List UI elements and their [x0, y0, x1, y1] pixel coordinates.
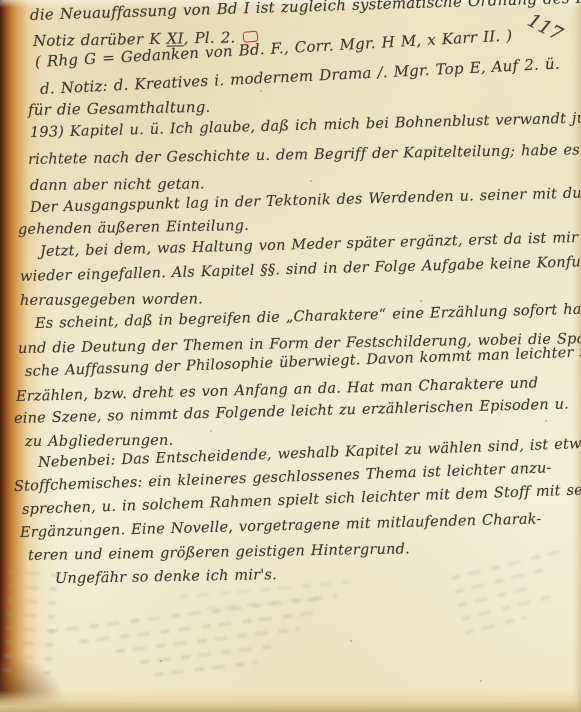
manuscript-line: die Neuauffassung von Bd I ist zugleich … [30, 0, 581, 24]
manuscript-line: zu Abgliederungen. [25, 433, 174, 450]
page-bottom-edge [0, 690, 581, 712]
bleedthrough-writing [179, 581, 351, 624]
bleedthrough-writing [2, 570, 58, 685]
manuscript-page: 117 die Neuauffassung von Bd I ist zugle… [0, 0, 581, 712]
paper-speckles [0, 0, 2, 2]
manuscript-line: Ungefähr so denke ich mir's. [55, 567, 277, 587]
binding-corner-shadow [0, 652, 70, 712]
bleedthrough-writing [451, 549, 580, 645]
manuscript-line: herausgegeben worden. [20, 291, 203, 309]
manuscript-line: dann aber nicht getan. [30, 176, 205, 194]
manuscript-line: Ergänzungen. Eine Novelle, vorgetragene … [20, 511, 542, 541]
manuscript-line: teren und einem größeren geistigen Hinte… [28, 541, 410, 564]
manuscript-line: richtete nach der Geschichte u. dem Begr… [28, 142, 580, 168]
manuscript-line: für die Gesamthaltung. [28, 98, 211, 119]
page-number: 117 [524, 9, 566, 45]
bleedthrough-writing [49, 595, 345, 700]
manuscript-line: gehenden äußeren Einteilung. [18, 218, 249, 238]
